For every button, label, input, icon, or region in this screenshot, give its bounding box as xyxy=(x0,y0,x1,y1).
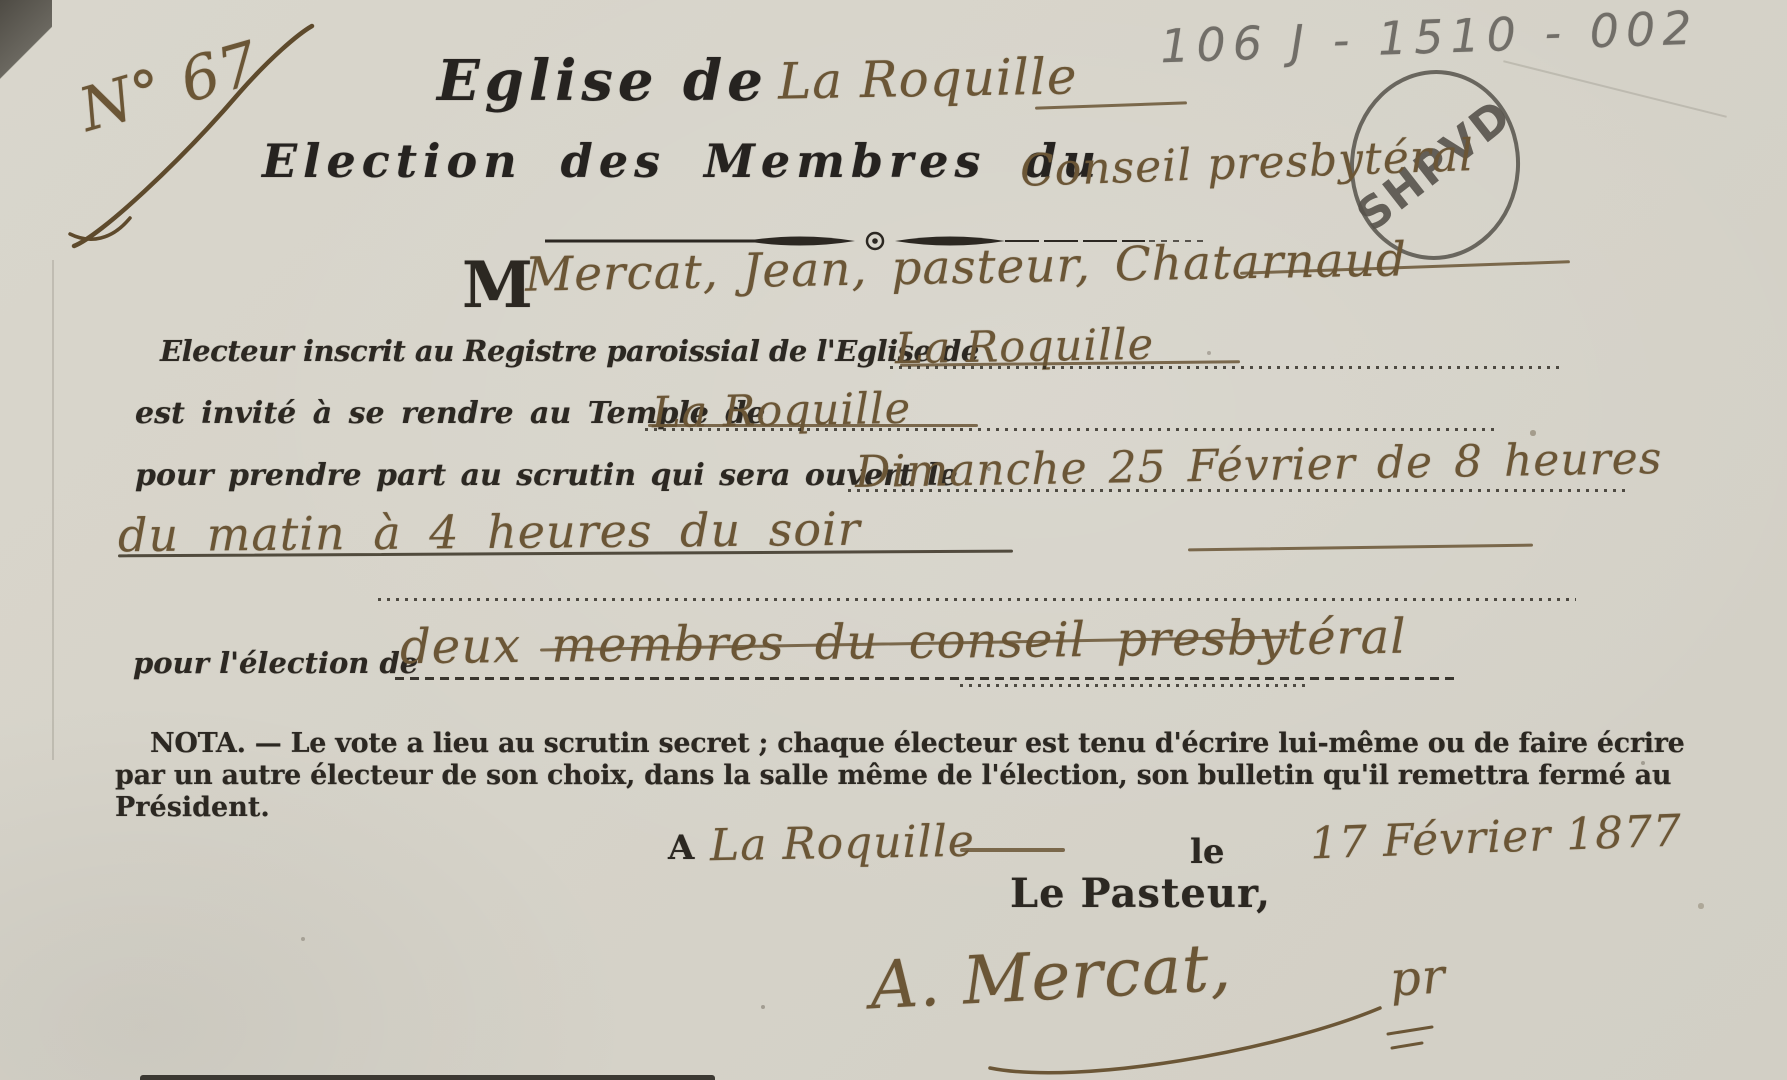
signature-flourish xyxy=(860,990,1420,1080)
paper-crease-diagonal xyxy=(1503,60,1727,118)
nota-line1: NOTA. — Le vote a lieu au scrutin secret… xyxy=(150,728,1685,759)
election-for-label: pour l'élection de xyxy=(133,646,418,680)
nota-line2: par un autre électeur de son choix, dans… xyxy=(115,760,1671,791)
church-name-handwritten: La Roquille xyxy=(778,47,1078,110)
place-label: A xyxy=(668,828,694,868)
registered-dotted-line xyxy=(890,366,1560,369)
election-for-dashed-line xyxy=(395,677,1455,680)
addressee-prefix: M xyxy=(462,248,533,323)
paper-crease-vertical xyxy=(52,260,54,760)
ballot-label: pour prendre part au scrutin qui sera ou… xyxy=(135,458,958,493)
document-page: N° 67 106 J - 1510 - 002 SHPVD Eglise de… xyxy=(0,0,1787,1080)
archival-code: 106 J - 1510 - 002 xyxy=(1159,1,1699,74)
date-label: le xyxy=(1190,832,1225,872)
nota-line3: Président. xyxy=(115,792,270,823)
place-value-handwritten: La Roquille xyxy=(710,816,976,872)
signer-title: Le Pasteur, xyxy=(1010,870,1271,917)
blank-dotted-line xyxy=(378,598,1576,601)
temple-underline-stroke xyxy=(648,424,978,427)
scan-bottom-edge xyxy=(140,1075,715,1080)
election-label: Election des Membres du xyxy=(262,134,1102,188)
place-trailing-stroke xyxy=(960,848,1065,852)
date-value-handwritten: 17 Février 1877 xyxy=(1309,806,1683,870)
temple-dotted-line xyxy=(645,428,1500,431)
scan-corner-fold xyxy=(0,0,52,90)
election-for-dotted-line2 xyxy=(960,684,1310,687)
church-label: Eglise de xyxy=(437,48,768,114)
paper-speckles xyxy=(0,0,2,2)
ballot-dotted-line xyxy=(848,489,1628,492)
ballot2-right-stroke xyxy=(1188,544,1533,552)
registered-label: Electeur inscrit au Registre paroissial … xyxy=(160,334,979,368)
